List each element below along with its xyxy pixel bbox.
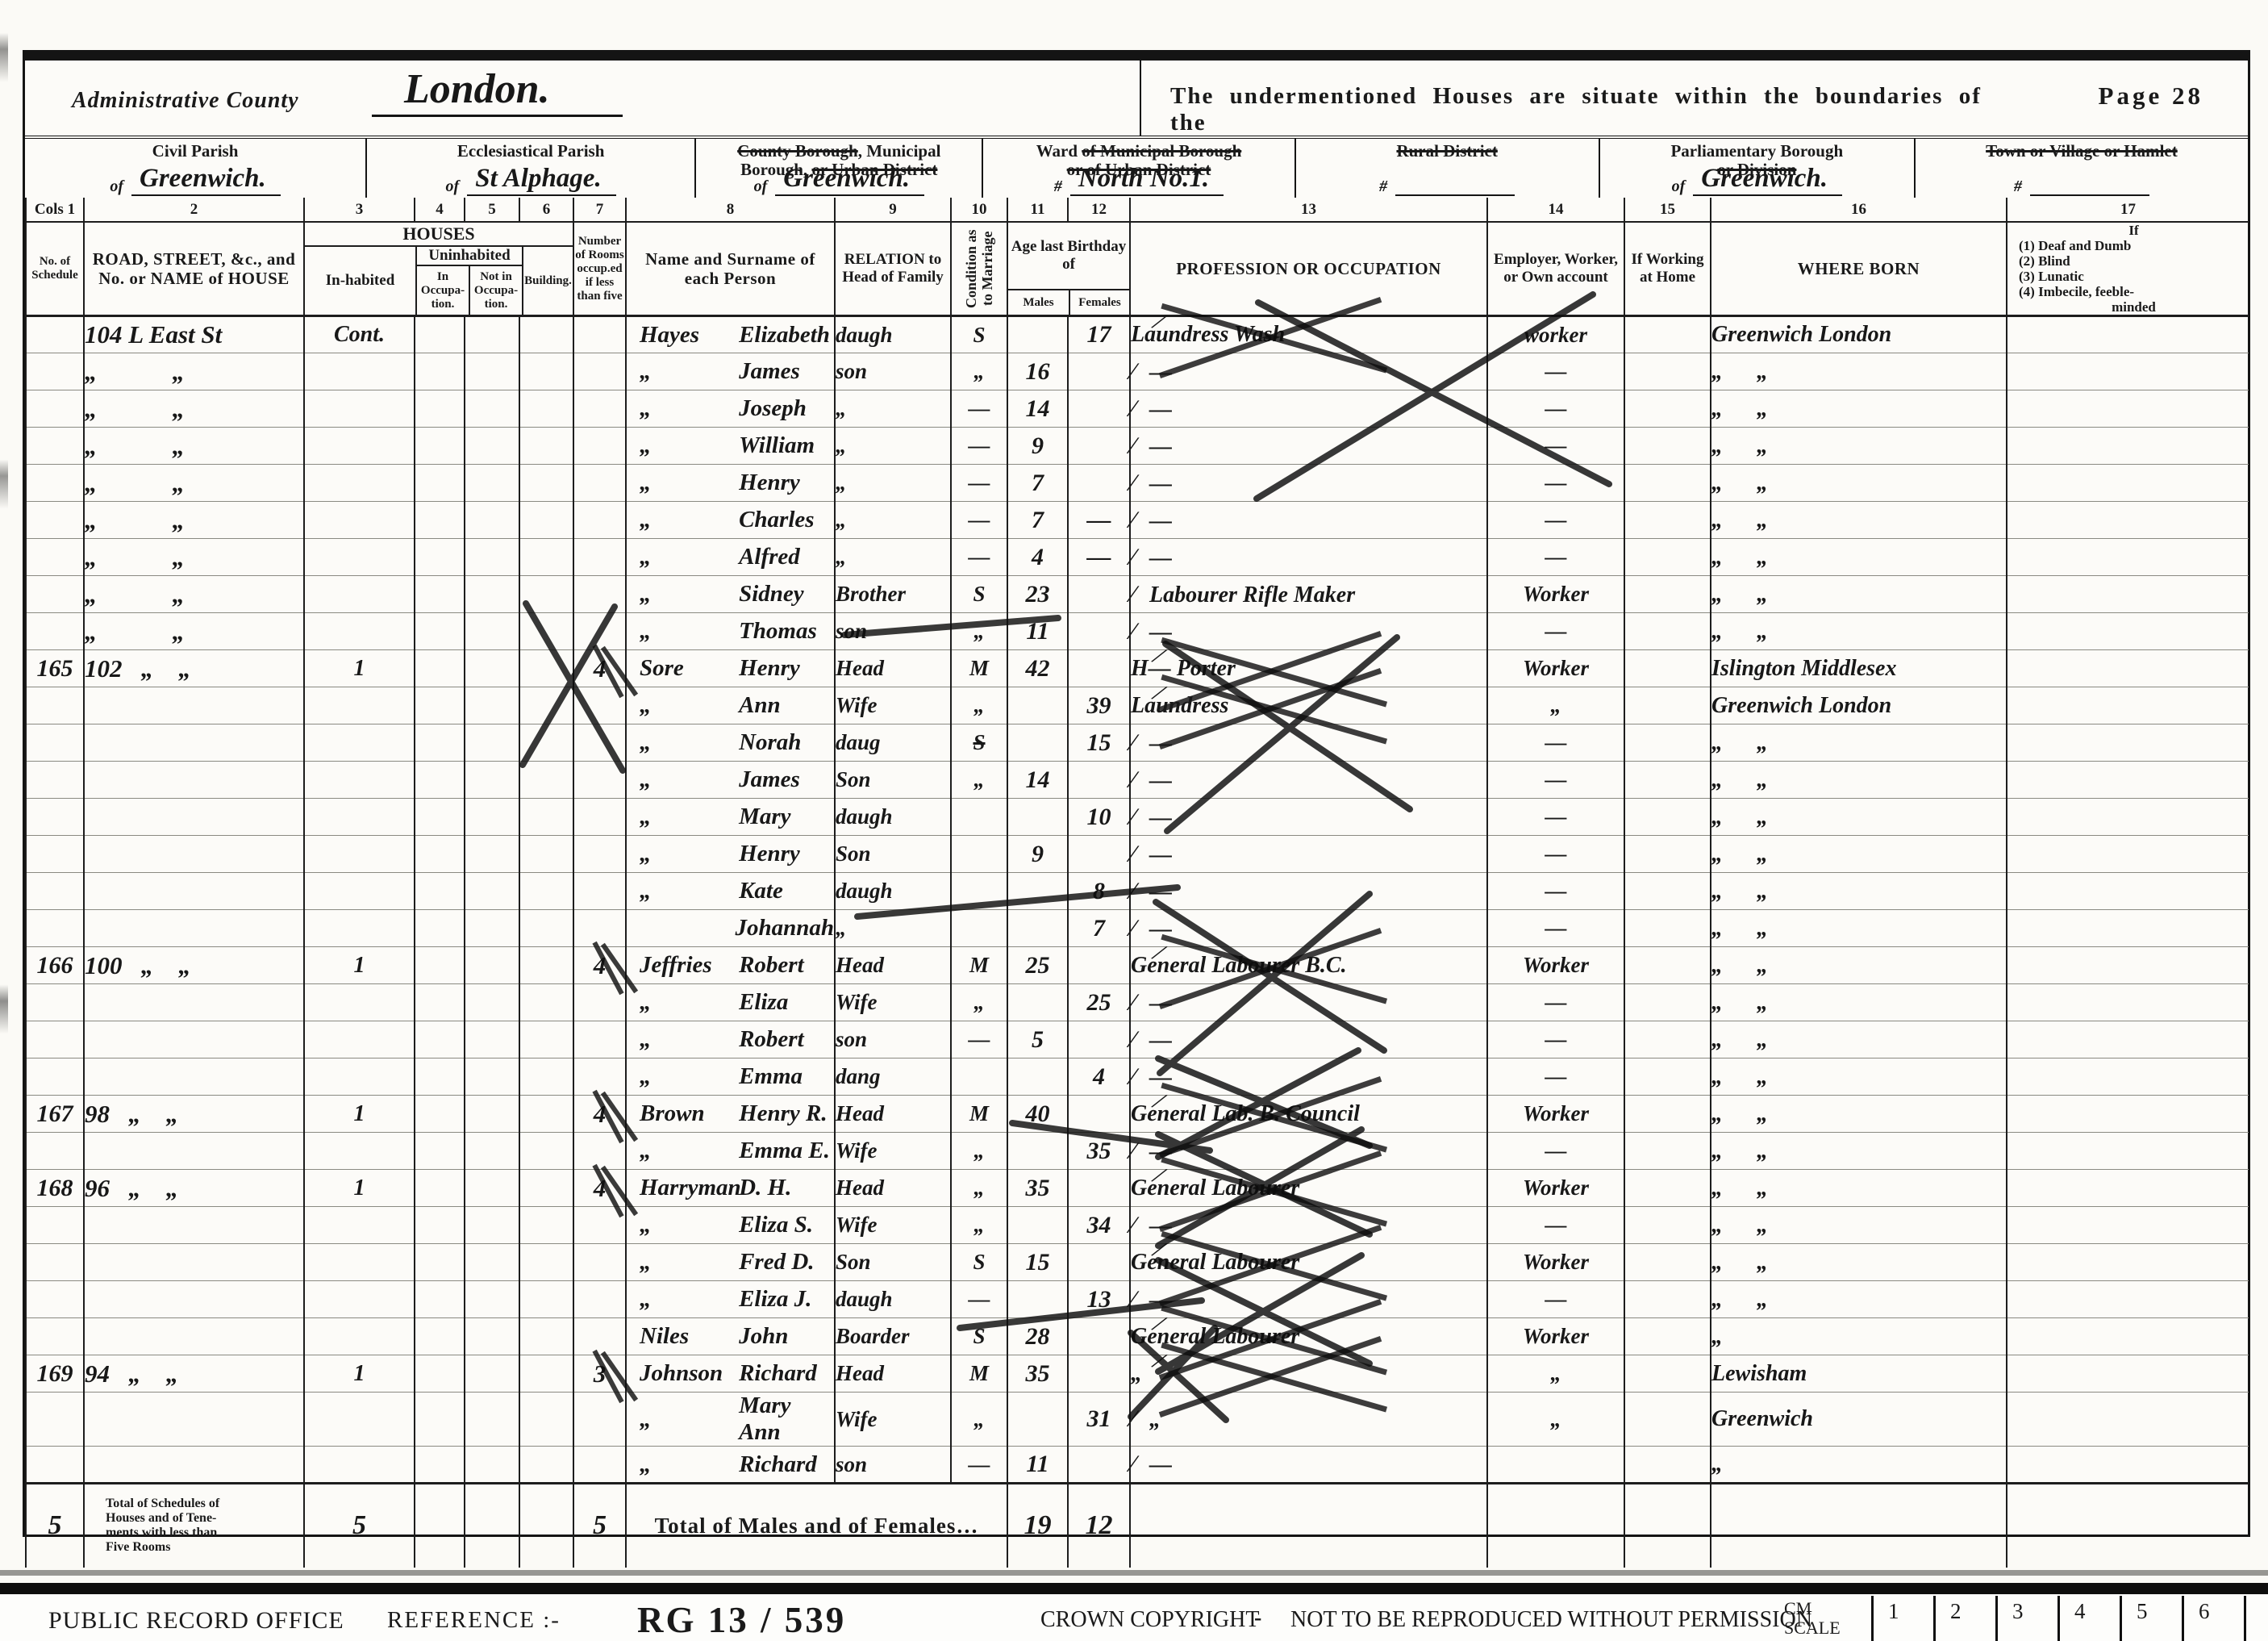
ruler-cell: 3: [1995, 1596, 2057, 1641]
cell-uninhabited-not: [465, 1170, 519, 1207]
cell-infirmity: [2007, 910, 2249, 947]
column-number-7: 7: [573, 198, 626, 222]
cell-at-home: [1624, 799, 1711, 836]
cell-age-female: 8: [1068, 873, 1130, 910]
surname: „: [627, 1212, 731, 1238]
cell-uninhabited-in: [415, 1393, 465, 1447]
header-road: ROAD, STREET, &c., and No. or NAME of HO…: [84, 222, 304, 316]
cell-infirmity: [2007, 762, 2249, 799]
admin-county-value: London.: [372, 65, 623, 117]
cell-name: „Kate: [626, 873, 835, 910]
district-cell-4: Rural District#: [1295, 139, 1599, 198]
cell-age-female: 39: [1068, 687, 1130, 724]
cell-schedule: [26, 1393, 84, 1447]
cell-condition: „: [951, 984, 1007, 1021]
cell-employer: Worker: [1487, 576, 1624, 613]
cell-name: „Norah: [626, 724, 835, 762]
scan-black-bar: [0, 1583, 2268, 1594]
cell-schedule: [26, 316, 84, 353]
cell-employer: —: [1487, 1059, 1624, 1096]
page-number: Page 28: [2099, 81, 2203, 111]
cell-condition: —: [951, 428, 1007, 465]
cell-at-home: [1624, 687, 1711, 724]
cell-rooms: [573, 984, 626, 1021]
cell-uninhabited-not: [465, 984, 519, 1021]
cell-age-female: 25: [1068, 984, 1130, 1021]
table-row: 166100 „ „14JeffriesRobertHeadM25General…: [26, 947, 2249, 984]
cell-rooms: [573, 762, 626, 799]
cell-relation: „: [835, 390, 951, 428]
district-cell-label: Town or Village or Hamlet: [1916, 142, 2248, 161]
header-at-home: If Working at Home: [1624, 222, 1711, 316]
cell-condition: „: [951, 1207, 1007, 1244]
cell-rooms: [573, 1133, 626, 1170]
cell-at-home: [1624, 724, 1711, 762]
cell-uninhabited-in: [415, 316, 465, 353]
cell-at-home: [1624, 984, 1711, 1021]
cell-name: „Alfred: [626, 539, 835, 576]
cell-uninhabited-not: [465, 613, 519, 650]
cell-building: [519, 873, 573, 910]
column-number-13: 13: [1130, 198, 1487, 222]
header-males: Males: [1008, 290, 1069, 315]
cell-inhabited: [304, 724, 415, 762]
footer-reference-label: REFERENCE :-: [387, 1607, 561, 1634]
cell-name: „Emma E.: [626, 1133, 835, 1170]
surname: „: [627, 544, 731, 570]
cell-profession: General Labourer: [1130, 1170, 1487, 1207]
cell-road: „ „: [84, 613, 304, 650]
column-number-12: 12: [1068, 198, 1130, 222]
cell-condition: —: [951, 465, 1007, 502]
forename: D. H.: [731, 1175, 834, 1201]
cell-rooms: [573, 502, 626, 539]
surname: „: [627, 470, 731, 496]
cell-relation: Brother: [835, 576, 951, 613]
cell-infirmity: [2007, 390, 2249, 428]
cell-employer: —: [1487, 1021, 1624, 1059]
cell-profession: —: [1130, 390, 1487, 428]
cell-relation: Head: [835, 947, 951, 984]
cell-condition: „: [951, 1133, 1007, 1170]
cell-schedule: [26, 1021, 84, 1059]
cell-building: [519, 1021, 573, 1059]
column-number-2: 2: [84, 198, 304, 222]
column-number-1: Cols 1: [26, 198, 84, 222]
cell-where-born: „ „: [1711, 353, 2007, 390]
totals-row: 5 Total of Schedules ofHouses and of Ten…: [26, 1484, 2249, 1568]
cell-relation: son: [835, 1447, 951, 1484]
forename: John: [731, 1323, 834, 1350]
cell-age-female: [1068, 613, 1130, 650]
cell-uninhabited-in: [415, 502, 465, 539]
ruler-cell: 5: [2120, 1596, 2182, 1641]
header-houses: HOUSES: [305, 223, 573, 247]
cell-inhabited: [304, 799, 415, 836]
cell-uninhabited-not: [465, 1318, 519, 1355]
cell-name: „Sidney: [626, 576, 835, 613]
cell-employer: Worker: [1487, 947, 1624, 984]
cell-rooms: [573, 799, 626, 836]
cell-age-female: [1068, 762, 1130, 799]
cell-where-born: „ „: [1711, 1133, 2007, 1170]
cell-building: [519, 1447, 573, 1484]
cell-schedule: [26, 1318, 84, 1355]
column-headers-row: No. of Schedule ROAD, STREET, &c., and N…: [26, 222, 2249, 316]
district-cell-6: Town or Village or Hamlet#: [1914, 139, 2248, 198]
cell-name: „James: [626, 353, 835, 390]
cell-employer: —: [1487, 724, 1624, 762]
surname: „: [627, 766, 731, 793]
cell-relation: Head: [835, 1355, 951, 1393]
totals-empty-7: [1711, 1484, 2007, 1568]
cell-rooms: 4: [573, 947, 626, 984]
cell-rooms: 3: [573, 1355, 626, 1393]
cell-relation: dang: [835, 1059, 951, 1096]
cell-at-home: [1624, 1059, 1711, 1096]
cell-age-male: [1007, 724, 1068, 762]
cell-relation: daugh: [835, 873, 951, 910]
cell-at-home: [1624, 613, 1711, 650]
cell-condition: S: [951, 576, 1007, 613]
admin-county-row: Administrative County London. The underm…: [25, 61, 2248, 139]
table-row: 104 L East StCont.HayesElizabethdaughS17…: [26, 316, 2249, 353]
cell-uninhabited-in: [415, 1447, 465, 1484]
cell-where-born: „ „: [1711, 836, 2007, 873]
cell-relation: Head: [835, 650, 951, 687]
cell-profession: —: [1130, 465, 1487, 502]
cell-uninhabited-not: [465, 799, 519, 836]
cell-building: [519, 762, 573, 799]
cell-employer: —: [1487, 390, 1624, 428]
cell-uninhabited-not: [465, 539, 519, 576]
cell-profession: „: [1130, 1355, 1487, 1393]
cell-condition: „: [951, 353, 1007, 390]
cell-building: [519, 1207, 573, 1244]
cell-uninhabited-in: [415, 724, 465, 762]
header-females: Females: [1069, 290, 1129, 315]
cell-inhabited: [304, 428, 415, 465]
cell-employer: Worker: [1487, 1096, 1624, 1133]
header-in-occupation: In Occupa- tion.: [417, 266, 469, 315]
header-inhabited: In-habited: [305, 247, 415, 315]
forename: Alfred: [731, 544, 834, 570]
cell-where-born: „ „: [1711, 428, 2007, 465]
cell-employer: —: [1487, 873, 1624, 910]
cell-condition: —: [951, 1281, 1007, 1318]
cell-schedule: [26, 984, 84, 1021]
table-row: „Emmadang4——„ „: [26, 1059, 2249, 1096]
cell-employer: —: [1487, 1281, 1624, 1318]
cell-age-male: [1007, 1059, 1068, 1096]
surname: Niles: [627, 1323, 731, 1350]
cell-relation: „: [835, 502, 951, 539]
cell-at-home: [1624, 390, 1711, 428]
cell-profession: Labourer Rifle Maker: [1130, 576, 1487, 613]
cell-age-female: 13: [1068, 1281, 1130, 1318]
cell-employer: —: [1487, 353, 1624, 390]
cell-uninhabited-in: [415, 1133, 465, 1170]
cell-age-female: 31: [1068, 1393, 1130, 1447]
cell-uninhabited-not: [465, 1021, 519, 1059]
cell-inhabited: [304, 613, 415, 650]
cell-schedule: [26, 428, 84, 465]
surname: Hayes: [627, 322, 731, 349]
ruler-end: [2244, 1596, 2268, 1641]
cell-road: [84, 1318, 304, 1355]
cell-at-home: [1624, 873, 1711, 910]
cell-age-male: 35: [1007, 1170, 1068, 1207]
cell-age-female: [1068, 836, 1130, 873]
cell-profession: „: [1130, 1393, 1487, 1447]
cell-condition: M: [951, 650, 1007, 687]
totals-empty-1: [415, 1484, 465, 1568]
cell-uninhabited-in: [415, 1207, 465, 1244]
cell-uninhabited-not: [465, 1281, 519, 1318]
cell-age-female: 4: [1068, 1059, 1130, 1096]
cell-uninhabited-in: [415, 1281, 465, 1318]
column-number-17: 17: [2007, 198, 2249, 222]
cell-building: [519, 799, 573, 836]
cell-age-female: 10: [1068, 799, 1130, 836]
table-row: NilesJohnBoarderS28General LabourerWorke…: [26, 1318, 2249, 1355]
cell-condition: —: [951, 502, 1007, 539]
surname: „: [627, 841, 731, 867]
forename: Fred D.: [731, 1249, 834, 1276]
district-cell-label: Ecclesiastical Parish: [367, 142, 694, 161]
cell-building: [519, 353, 573, 390]
forename: Eliza: [731, 989, 834, 1016]
district-cell-label: Civil Parish: [25, 142, 365, 161]
cell-schedule: [26, 1447, 84, 1484]
cell-age-male: [1007, 1393, 1068, 1447]
cell-uninhabited-not: [465, 1244, 519, 1281]
cell-age-male: 14: [1007, 390, 1068, 428]
cell-schedule: 166: [26, 947, 84, 984]
cell-inhabited: [304, 687, 415, 724]
ruler-cell: 2: [1933, 1596, 1995, 1641]
cell-name: HarrymanD. H.: [626, 1170, 835, 1207]
table-row: „Marydaugh10——„ „: [26, 799, 2249, 836]
cell-where-born: „ „: [1711, 910, 2007, 947]
forename: Kate: [731, 878, 834, 904]
cell-uninhabited-not: [465, 1393, 519, 1447]
footer-reference: RG 13 / 539: [637, 1599, 846, 1641]
cell-relation: son: [835, 613, 951, 650]
forename: Elizabeth: [731, 322, 834, 349]
cell-employer: —: [1487, 613, 1624, 650]
cell-infirmity: [2007, 1133, 2249, 1170]
cell-building: [519, 539, 573, 576]
cell-relation: daugh: [835, 799, 951, 836]
cell-at-home: [1624, 1170, 1711, 1207]
admin-county-label: Administrative County: [72, 88, 299, 114]
cell-schedule: [26, 799, 84, 836]
cell-age-female: 17: [1068, 316, 1130, 353]
cell-road: [84, 984, 304, 1021]
cell-rooms: [573, 1393, 626, 1447]
cell-age-male: 7: [1007, 465, 1068, 502]
cell-age-male: [1007, 984, 1068, 1021]
cell-profession: —: [1130, 539, 1487, 576]
cell-age-male: 42: [1007, 650, 1068, 687]
situate-text: The undermentioned Houses are situate wi…: [1170, 83, 2017, 136]
cell-where-born: „ „: [1711, 1207, 2007, 1244]
scanned-census-page: Administrative County London. The underm…: [0, 0, 2268, 1641]
table-row: 16896 „ „14HarrymanD. H.Head„35General L…: [26, 1170, 2249, 1207]
district-of-mark: of: [754, 177, 768, 196]
column-number-15: 15: [1624, 198, 1711, 222]
cell-uninhabited-not: [465, 1447, 519, 1484]
cell-road: 94 „ „: [84, 1355, 304, 1393]
cell-relation: daug: [835, 724, 951, 762]
cell-schedule: [26, 502, 84, 539]
cell-infirmity: [2007, 724, 2249, 762]
district-cell-0: Civil ParishofGreenwich.: [25, 139, 365, 198]
scan-edge-artifact: [0, 0, 8, 1641]
cell-condition: [951, 910, 1007, 947]
cell-age-female: —: [1068, 502, 1130, 539]
cell-inhabited: 1: [304, 1355, 415, 1393]
cell-rooms: 4: [573, 1096, 626, 1133]
cell-uninhabited-in: [415, 1170, 465, 1207]
cell-where-born: „ „: [1711, 502, 2007, 539]
forename: James: [731, 766, 834, 793]
cell-building: [519, 1170, 573, 1207]
cell-building: [519, 724, 573, 762]
district-header-row: Civil ParishofGreenwich.Ecclesiastical P…: [25, 139, 2248, 198]
header-profession: PROFESSION OR OCCUPATION: [1130, 222, 1487, 316]
cell-age-male: 9: [1007, 836, 1068, 873]
cell-name: „Eliza: [626, 984, 835, 1021]
cell-employer: —: [1487, 428, 1624, 465]
forename: Richard: [731, 1451, 834, 1478]
cell-name: „Ann: [626, 687, 835, 724]
cell-infirmity: [2007, 1059, 2249, 1096]
cell-relation: „: [835, 465, 951, 502]
cell-rooms: 4: [573, 650, 626, 687]
cell-infirmity: [2007, 687, 2249, 724]
cell-where-born: Islington Middlesex: [1711, 650, 2007, 687]
cell-age-male: [1007, 1207, 1068, 1244]
cell-at-home: [1624, 316, 1711, 353]
table-row: „Emma E.Wife„35——„ „: [26, 1133, 2249, 1170]
cell-inhabited: Cont.: [304, 316, 415, 353]
cell-where-born: Greenwich London: [1711, 316, 2007, 353]
cell-infirmity: [2007, 873, 2249, 910]
cell-condition: S: [951, 1318, 1007, 1355]
cell-rooms: [573, 1447, 626, 1484]
cm-scale-ruler: 123456: [1871, 1596, 2268, 1641]
table-row: „JamesSon„14——„ „: [26, 762, 2249, 799]
column-number-16: 16: [1711, 198, 2007, 222]
forename: Henry R.: [731, 1100, 834, 1127]
cell-uninhabited-in: [415, 1318, 465, 1355]
cell-employer: —: [1487, 836, 1624, 873]
cell-relation: Head: [835, 1170, 951, 1207]
header-uninhabited: Uninhabited: [417, 247, 522, 266]
surname: Jeffries: [627, 952, 731, 979]
table-row: 165102 „ „14SoreHenryHeadM42H— PorterWor…: [26, 650, 2249, 687]
cell-age-female: [1068, 1244, 1130, 1281]
surname: „: [627, 507, 731, 533]
forename: Robert: [731, 952, 834, 979]
cell-name: NilesJohn: [626, 1318, 835, 1355]
cell-inhabited: [304, 1244, 415, 1281]
cell-schedule: [26, 576, 84, 613]
cell-condition: „: [951, 762, 1007, 799]
cell-road: „ „: [84, 353, 304, 390]
cell-where-born: „ „: [1711, 1059, 2007, 1096]
column-number-10: 10: [951, 198, 1007, 222]
cell-inhabited: [304, 836, 415, 873]
cell-at-home: [1624, 650, 1711, 687]
cell-condition: M: [951, 947, 1007, 984]
cell-relation: Head: [835, 1096, 951, 1133]
surname: „: [627, 1026, 731, 1053]
cell-rooms: 4: [573, 1170, 626, 1207]
cell-rooms: [573, 836, 626, 873]
column-number-11: 11: [1007, 198, 1068, 222]
district-cell-value: North No.1.: [1070, 164, 1224, 196]
forename: Johannah: [727, 915, 834, 942]
cell-inhabited: [304, 1207, 415, 1244]
cell-profession: —: [1130, 799, 1487, 836]
cell-inhabited: [304, 465, 415, 502]
cell-where-born: „ „: [1711, 762, 2007, 799]
cell-relation: daugh: [835, 1281, 951, 1318]
cell-at-home: [1624, 539, 1711, 576]
cell-inhabited: 1: [304, 650, 415, 687]
cell-uninhabited-in: [415, 836, 465, 873]
surname: „: [627, 1286, 731, 1313]
cell-building: [519, 502, 573, 539]
cell-at-home: [1624, 836, 1711, 873]
cell-schedule: [26, 539, 84, 576]
district-cell-5: Parliamentary Boroughor DivisionofGreenw…: [1599, 139, 1914, 198]
district-cell-value: [2030, 194, 2149, 196]
cell-relation: Wife: [835, 1133, 951, 1170]
cell-building: [519, 465, 573, 502]
cell-building: [519, 1318, 573, 1355]
cell-where-born: „ „: [1711, 390, 2007, 428]
district-of-mark: #: [1379, 177, 1387, 196]
column-numbers-row: Cols 1234567891011121314151617: [26, 198, 2249, 222]
cell-road: [84, 1207, 304, 1244]
district-cell-value: St Alphage.: [467, 164, 615, 196]
header-rooms: Number of Rooms occup.ed if less than fi…: [573, 222, 626, 316]
cell-employer: —: [1487, 502, 1624, 539]
cell-at-home: [1624, 502, 1711, 539]
cell-where-born: „ „: [1711, 539, 2007, 576]
cell-uninhabited-not: [465, 1207, 519, 1244]
column-number-8: 8: [626, 198, 835, 222]
cell-relation: son: [835, 1021, 951, 1059]
cell-age-male: 40: [1007, 1096, 1068, 1133]
cell-road: 98 „ „: [84, 1096, 304, 1133]
cell-age-male: [1007, 1133, 1068, 1170]
totals-inhabited: 5: [304, 1484, 415, 1568]
totals-females: 12: [1068, 1484, 1130, 1568]
table-row: 16798 „ „14BrownHenry R.HeadM40General L…: [26, 1096, 2249, 1133]
cell-infirmity: [2007, 947, 2249, 984]
forename: Richard: [731, 1360, 834, 1387]
cell-infirmity: [2007, 539, 2249, 576]
cell-where-born: Lewisham: [1711, 1355, 2007, 1393]
cell-name: „Mary: [626, 799, 835, 836]
cell-profession: —: [1130, 1447, 1487, 1484]
cell-uninhabited-not: [465, 687, 519, 724]
